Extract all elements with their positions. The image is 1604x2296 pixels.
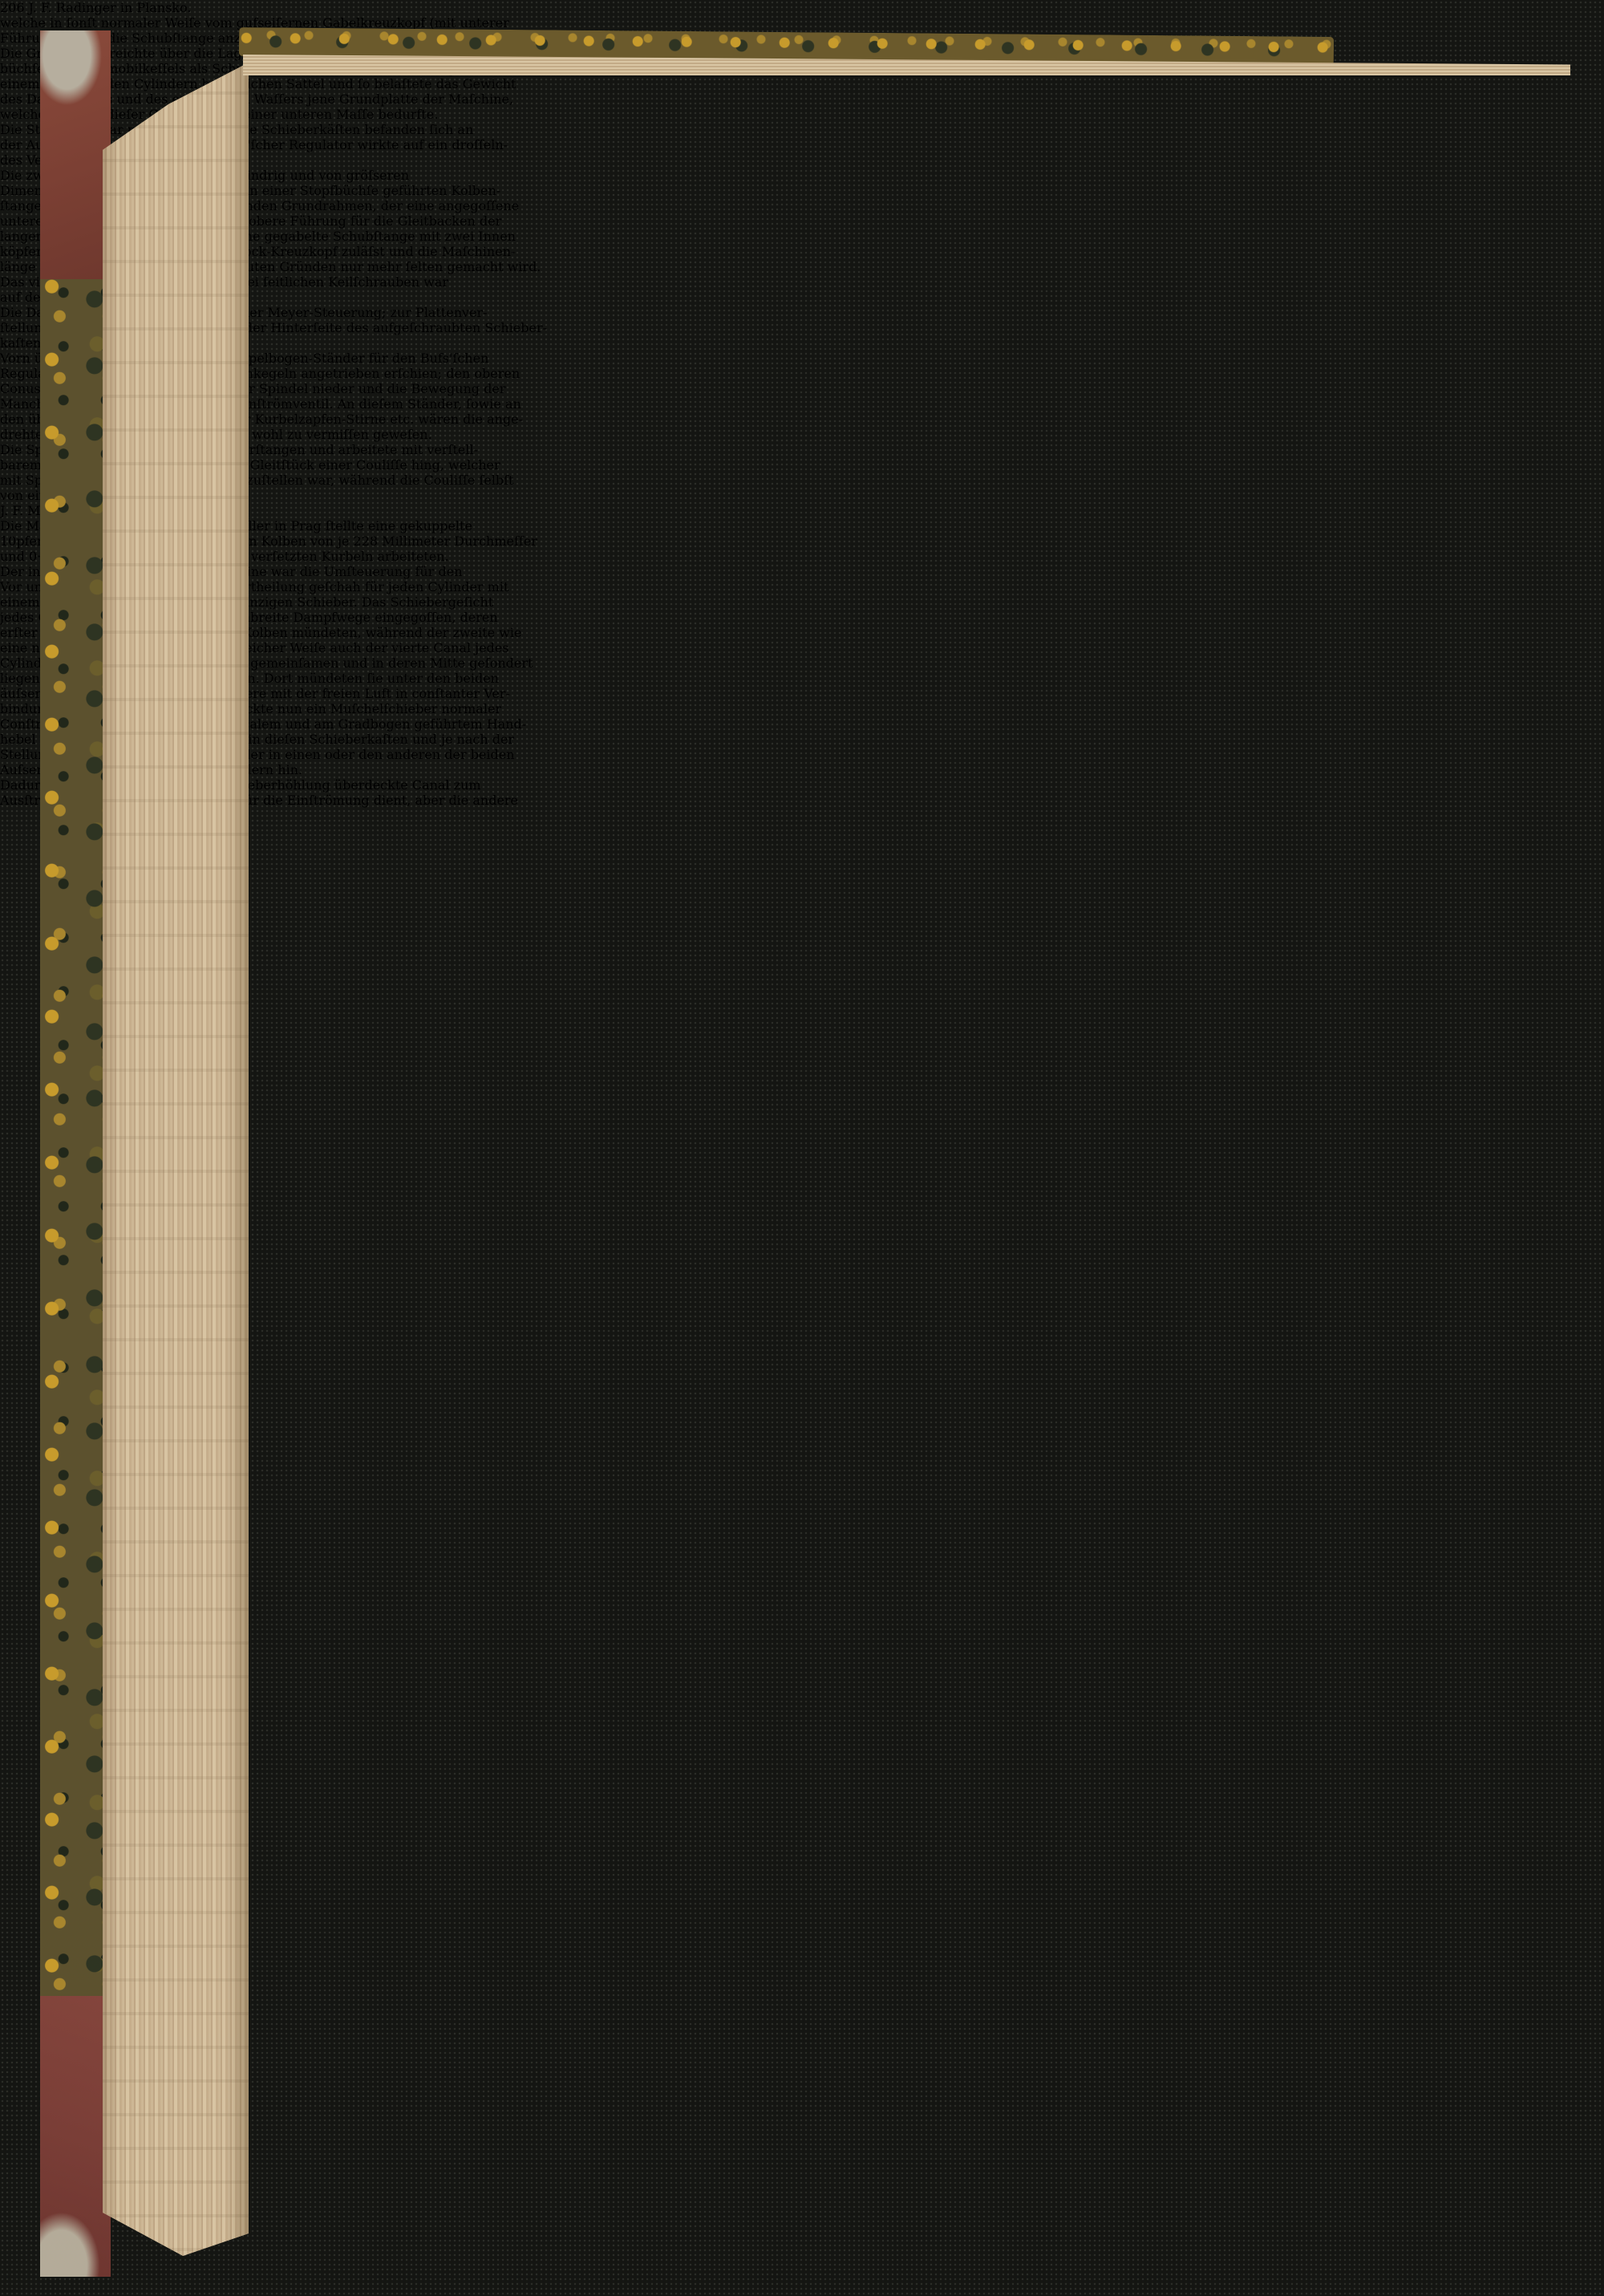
cover-marbled-paper [40,279,111,1996]
fore-edge-page-stack [103,42,249,2282]
showthrough-ghost-text: in Plansko. [120,0,192,15]
page-number: 206 [0,0,25,15]
page-header: 206 J. F. Radinger in Plansko. [0,0,1604,15]
cover-leather-top [40,30,111,279]
book-photo: 206 J. F. Radinger in Plansko. welche in… [0,0,1604,2296]
book-cover [40,30,111,2277]
cover-leather-bottom [40,1996,111,2277]
running-head: J. F. Radinger [29,0,116,15]
spine-head-leather [1314,35,1462,75]
